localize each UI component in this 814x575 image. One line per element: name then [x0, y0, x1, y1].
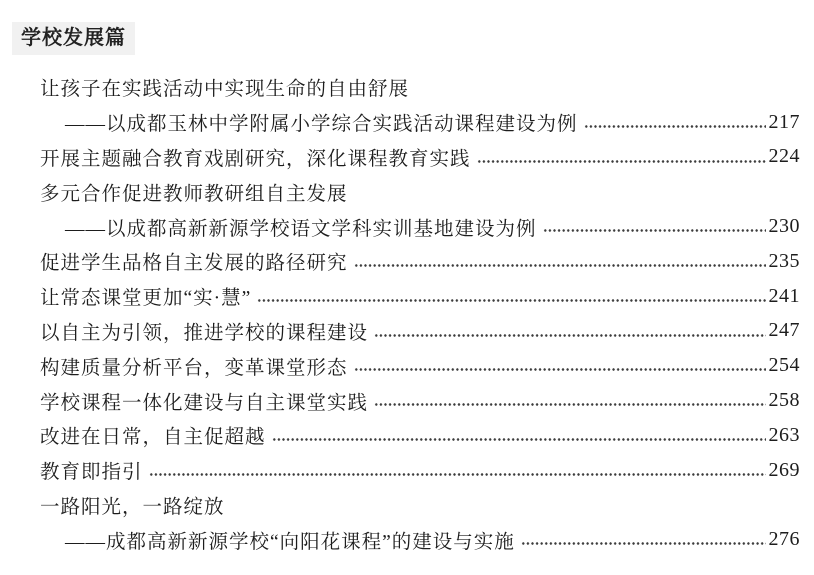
toc-entry-page: 269 [769, 459, 801, 482]
toc-entry[interactable]: ——以成都玉林中学附属小学综合实践活动课程建设为例 217 [40, 105, 800, 140]
toc-entry-page: 258 [769, 389, 801, 412]
toc-entry-title: 以自主为引领，推进学校的课程建设 [40, 317, 368, 345]
toc-entry-title: 促进学生品格自主发展的路径研究 [40, 247, 348, 275]
toc-entry[interactable]: 开展主题融合教育戏剧研究，深化课程教育实践 224 [40, 140, 800, 175]
dot-leader [257, 279, 765, 314]
dot-leader [149, 453, 766, 488]
toc-entry-title: ——以成都玉林中学附属小学综合实践活动课程建设为例 [65, 108, 578, 136]
toc-entry-title: 学校课程一体化建设与自主课堂实践 [40, 387, 368, 415]
toc-entry-page: 230 [769, 215, 801, 238]
toc-entry-title: 开展主题融合教育戏剧研究，深化课程教育实践 [40, 143, 471, 171]
toc-entry-title: 教育即指引 [40, 456, 143, 484]
toc-entry-page: 235 [769, 250, 801, 273]
dot-leader [521, 522, 766, 557]
dot-leader [374, 383, 765, 418]
toc-entry-page: 254 [769, 354, 801, 377]
toc-page: 学校发展篇 让孩子在实践活动中实现生命的自由舒展 ——以成都玉林中学附属小学综合… [0, 0, 814, 575]
toc-entry-page: 224 [769, 145, 801, 168]
toc-entry-title: 构建质量分析平台，变革课堂形态 [40, 352, 348, 380]
dot-leader [272, 418, 766, 453]
dot-leader [477, 140, 766, 175]
toc-entry[interactable]: 构建质量分析平台，变革课堂形态 254 [40, 348, 800, 383]
toc-entry[interactable]: ——成都高新新源学校“向阳花课程”的建设与实施 276 [40, 522, 800, 557]
toc-entry-title: ——以成都高新新源学校语文学科实训基地建设为例 [65, 213, 537, 241]
toc-entry-title: 改进在日常，自主促超越 [40, 421, 266, 449]
toc-entry[interactable]: 学校课程一体化建设与自主课堂实践 258 [40, 383, 800, 418]
toc-entry[interactable]: 让孩子在实践活动中实现生命的自由舒展 [40, 70, 800, 105]
toc-entry-title: 多元合作促进教师教研组自主发展 [40, 178, 348, 206]
dot-leader [354, 244, 766, 279]
dot-leader [354, 348, 766, 383]
toc-list: 让孩子在实践活动中实现生命的自由舒展 ——以成都玉林中学附属小学综合实践活动课程… [40, 70, 800, 557]
toc-entry-title: 一路阳光，一路绽放 [40, 491, 225, 519]
dot-leader [584, 105, 766, 140]
toc-entry-page: 263 [769, 424, 801, 447]
toc-entry-page: 276 [769, 528, 801, 551]
toc-entry-page: 241 [769, 285, 801, 308]
toc-entry-title: 让常态课堂更加“实·慧” [40, 282, 251, 310]
dot-leader [374, 314, 765, 349]
toc-entry[interactable]: 改进在日常，自主促超越 263 [40, 418, 800, 453]
toc-entry-title: ——成都高新新源学校“向阳花课程”的建设与实施 [65, 526, 515, 554]
section-title: 学校发展篇 [12, 22, 135, 55]
toc-entry[interactable]: 教育即指引 269 [40, 453, 800, 488]
dot-leader [543, 209, 766, 244]
toc-entry[interactable]: 促进学生品格自主发展的路径研究 235 [40, 244, 800, 279]
toc-entry-page: 217 [769, 111, 801, 134]
toc-entry[interactable]: 一路阳光，一路绽放 [40, 488, 800, 523]
toc-entry-title: 让孩子在实践活动中实现生命的自由舒展 [40, 73, 409, 101]
toc-entry[interactable]: 多元合作促进教师教研组自主发展 [40, 174, 800, 209]
toc-entry[interactable]: ——以成都高新新源学校语文学科实训基地建设为例 230 [40, 209, 800, 244]
toc-entry-page: 247 [769, 319, 801, 342]
toc-entry[interactable]: 让常态课堂更加“实·慧” 241 [40, 279, 800, 314]
toc-entry[interactable]: 以自主为引领，推进学校的课程建设 247 [40, 314, 800, 349]
